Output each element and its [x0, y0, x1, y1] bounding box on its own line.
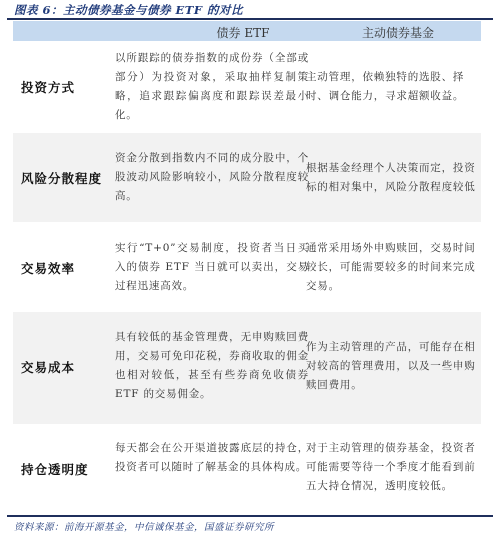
etf-cell: 具有较低的基金管理费，无申购赎回费用，交易可免印花税，券商收取的佣金也相对较低，…: [115, 328, 309, 404]
row-label: 交易效率: [21, 259, 75, 277]
etf-cell: 实行“T+0”交易制度，投资者当日买入的债券 ETF 当日就可以卖出，交易过程迅…: [115, 239, 309, 296]
row-label: 交易成本: [21, 358, 75, 376]
active-fund-cell: 根据基金经理个人决策而定，投资标的相对集中，风险分散程度较低: [306, 159, 486, 197]
row-label: 持仓透明度: [21, 460, 89, 478]
table-header: 债券 ETF 主动债券基金: [13, 21, 481, 41]
active-fund-cell: 对于主动管理的债券基金，投资者可能需要等待一个季度才能看到前五大持仓情况，透明度…: [306, 439, 486, 496]
etf-cell: 以所跟踪的债券指数的成份券（全部或部分）为投资对象，采取抽样复制策略，追求跟踪偏…: [115, 49, 309, 125]
table-row-investment-method: 投资方式 以所跟踪的债券指数的成份券（全部或部分）为投资对象，采取抽样复制策略，…: [13, 41, 481, 133]
active-fund-cell: 作为主动管理的产品，可能存在相对较高的管理费用，以及一些申购赎回费用。: [306, 338, 486, 395]
top-rule: [7, 18, 493, 20]
active-fund-cell: 通常采用场外申购赎回，交易时间较长，可能需要较多的时间来完成交易。: [306, 239, 486, 296]
table-row-trading-efficiency: 交易效率 实行“T+0”交易制度，投资者当日买入的债券 ETF 当日就可以卖出，…: [13, 222, 481, 312]
table-row-risk-diversification: 风险分散程度 资金分散到指数内不同的成分股中，个股波动风险影响较小，风险分散程度…: [13, 133, 481, 222]
bottom-rule: [7, 515, 493, 517]
etf-cell: 资金分散到指数内不同的成分股中，个股波动风险影响较小，风险分散程度较高。: [115, 149, 309, 206]
header-etf: 债券 ETF: [168, 24, 318, 41]
row-label: 风险分散程度: [21, 169, 102, 187]
header-active-fund: 主动债券基金: [313, 24, 483, 41]
source-note: 资料来源：前海开源基金，中信诚保基金，国盛证券研究所: [14, 519, 274, 533]
table-row-trading-cost: 交易成本 具有较低的基金管理费，无申购赎回费用，交易可免印花税，券商收取的佣金也…: [13, 312, 481, 424]
active-fund-cell: 主动管理，依赖独特的选股、择时、调仓能力，寻求超额收益。: [306, 68, 486, 106]
figure-title: 图表 6：主动债券基金与债券 ETF 的对比: [14, 2, 243, 18]
etf-cell: 每天都会在公开渠道披露底层的持仓，投资者可以随时了解基金的具体构成。: [115, 439, 309, 477]
row-label: 投资方式: [21, 78, 75, 96]
table-row-holding-transparency: 持仓透明度 每天都会在公开渠道披露底层的持仓，投资者可以随时了解基金的具体构成。…: [13, 424, 481, 514]
